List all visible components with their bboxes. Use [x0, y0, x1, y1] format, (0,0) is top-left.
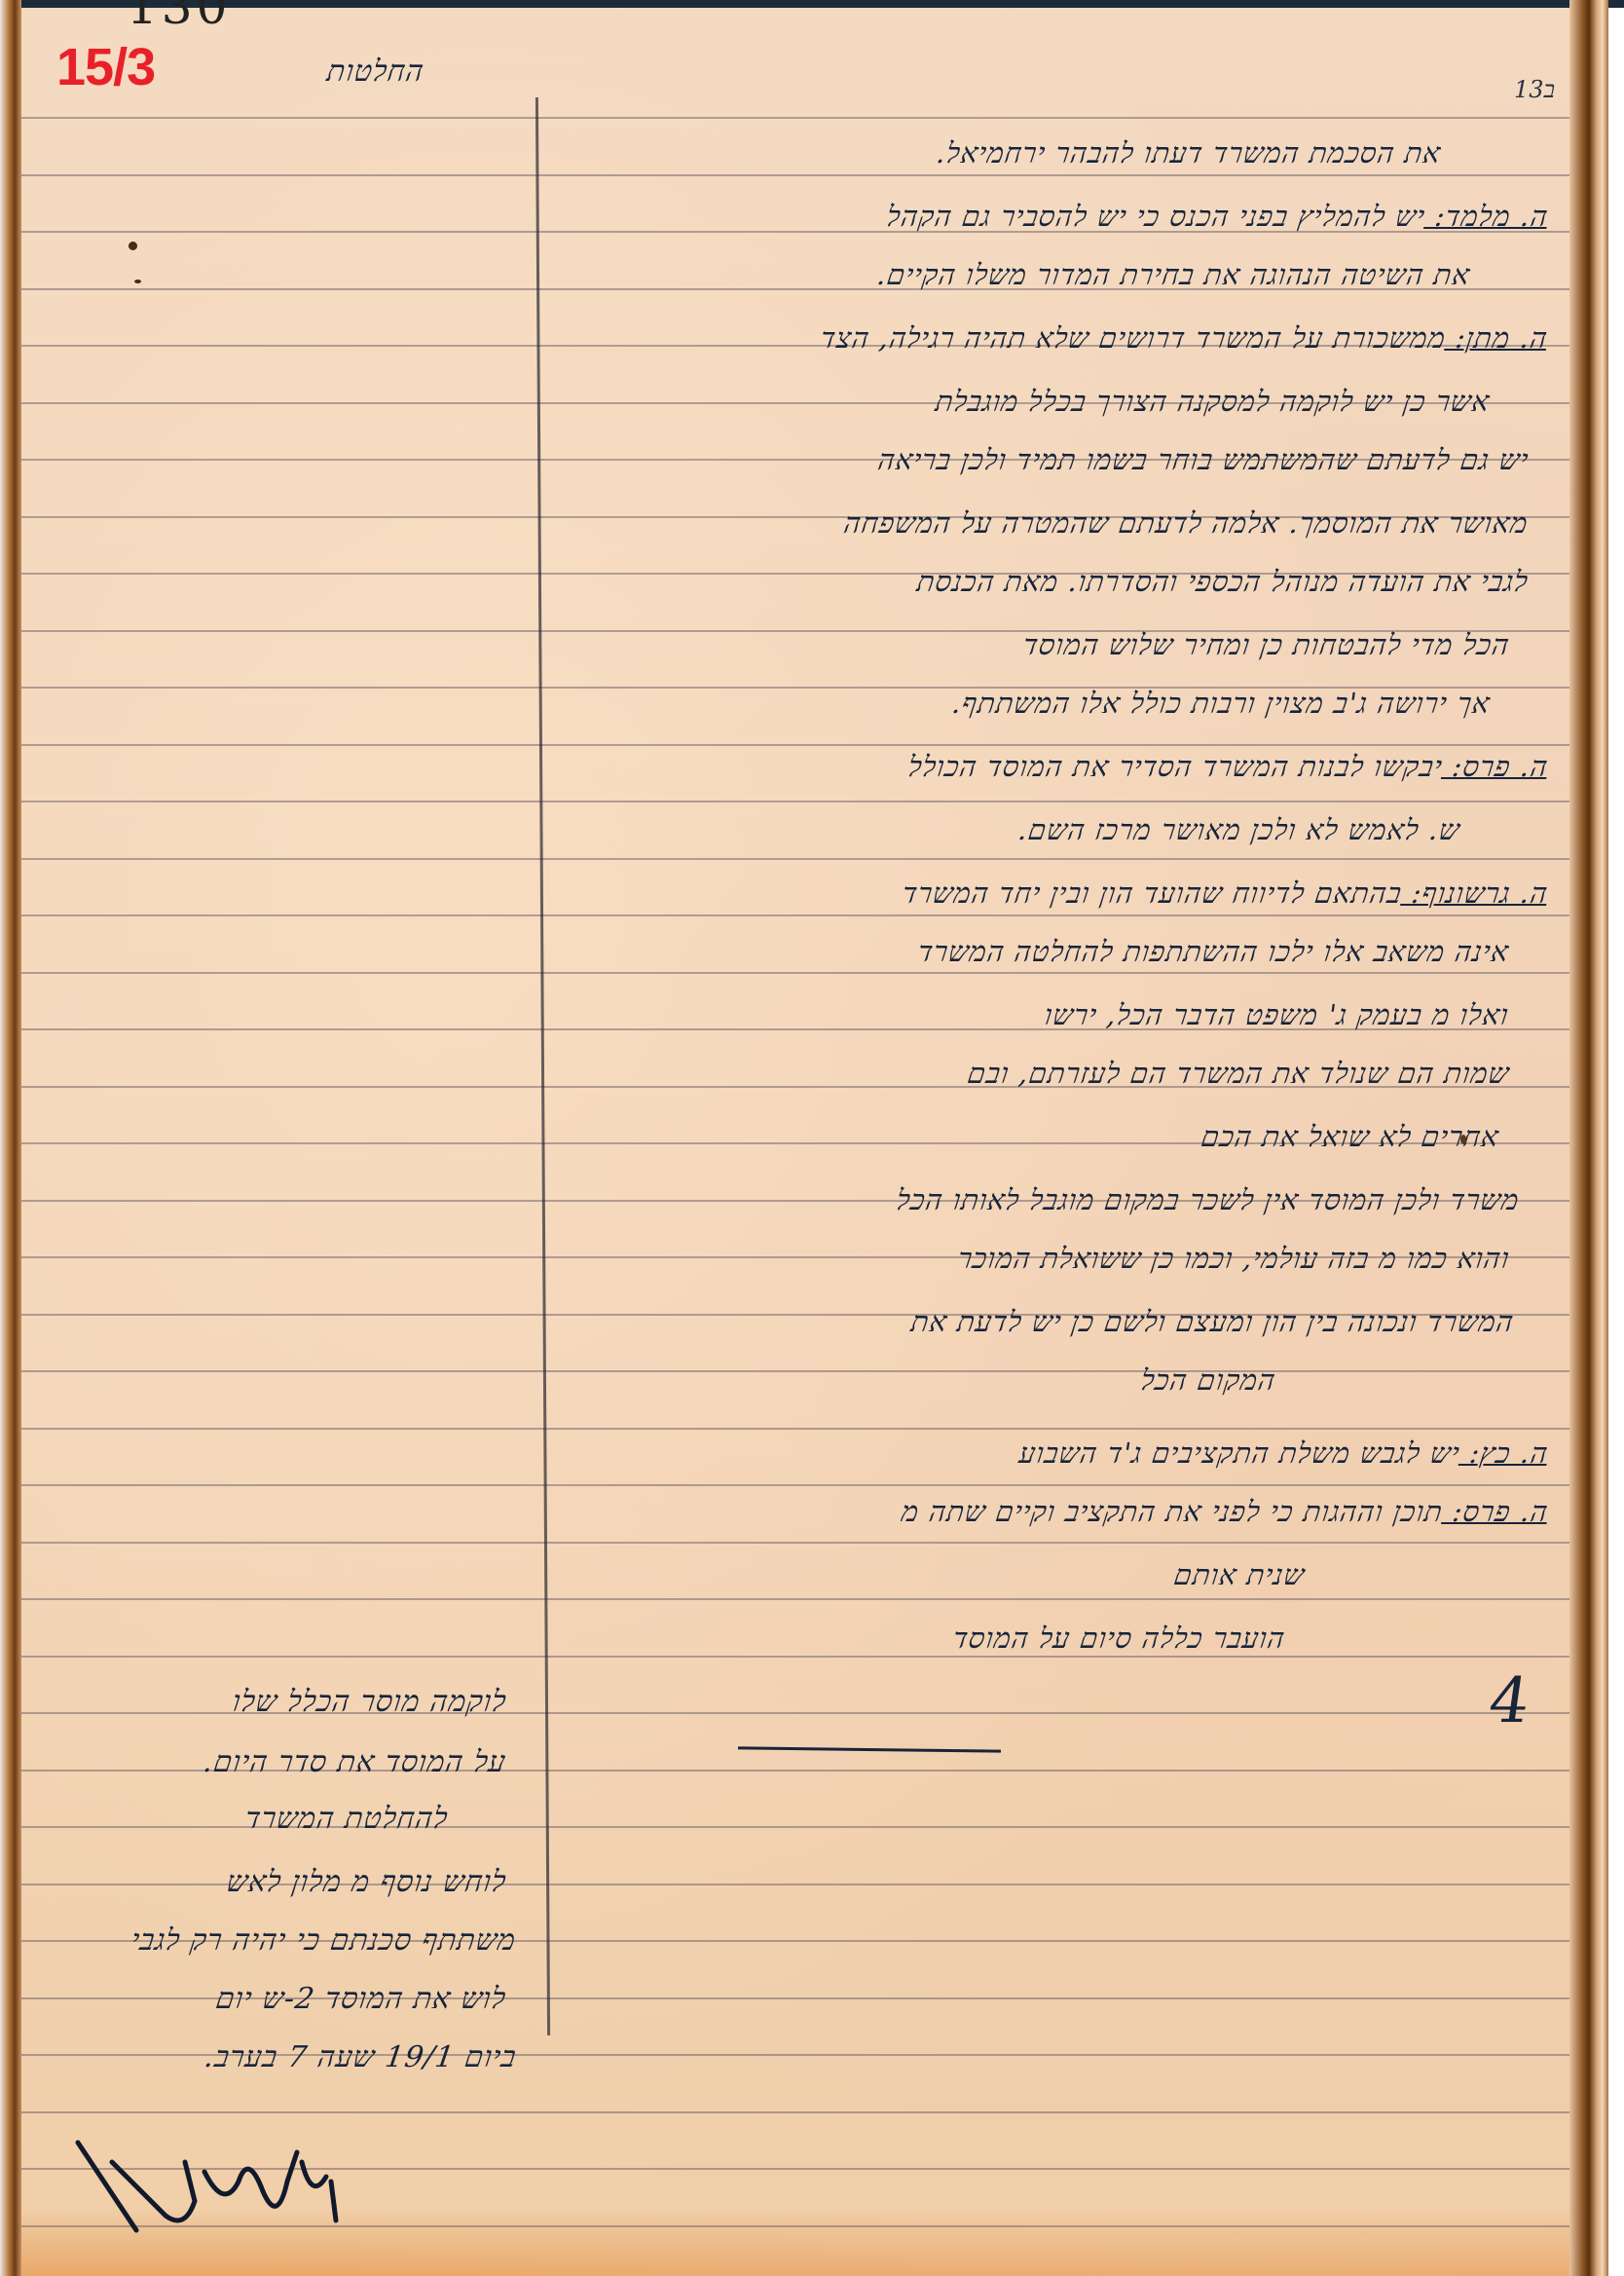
handwritten-line: מאושר את המוסמך. אלמה לדעתם שהמטרה על המ… — [842, 506, 1531, 541]
margin-note-line: ביום 19/1 שעה 7 בערב. — [202, 2040, 518, 2074]
line-text: אחרים לא שואל את הכם — [1200, 1120, 1501, 1153]
right-binding-edge — [1569, 0, 1608, 2276]
handwritten-line: יש גם לדעתם שהמשתמש בוחר בשמו תמיד ולכן … — [875, 443, 1531, 477]
speaker-name: ה. פרס: — [1440, 1495, 1550, 1528]
ruled-line — [21, 1542, 1569, 1544]
line-text: יש גם לדעתם שהמשתמש בוחר בשמו תמיד ולכן … — [876, 443, 1532, 476]
ruled-line — [21, 1484, 1569, 1486]
line-text: יש להמליץ בפני הכנס כי יש להסביר גם הקהל — [885, 200, 1428, 233]
line-text: את הסכמת המשרד דעתו להבהר ירחמיאל. — [935, 136, 1444, 169]
line-text: הכל מדי להבטחות כן ומחיר שלוש המוסד — [1020, 628, 1511, 661]
notebook-page: 130 15/3 החלטות ב13 את הסכמת המשרד דעתו … — [0, 0, 1606, 2276]
handwritten-page-number: ב13 — [1514, 76, 1555, 104]
line-text: אשר כן יש לוקמה למסקנה הצורך בכלל מוגבלת — [934, 385, 1493, 418]
line-text: אך ירושה ג'ב מצוין ורבות כולל אלו המשתתף… — [949, 687, 1492, 720]
ruled-line — [21, 972, 1569, 974]
handwritten-line: שמות הם שנולד את המשרד הם לעזרתם, ובם — [965, 1057, 1511, 1091]
handwritten-line: ה. מלמד: יש להמליץ בפני הכנס כי יש להסבי… — [884, 200, 1550, 234]
handwritten-line: ש. לאמש לא ולכן מאושר מרכז השם. — [1016, 813, 1463, 847]
margin-note-line: לוקמה מוסר הכלל שלו — [230, 1685, 508, 1719]
line-text: שנית אותם — [1172, 1558, 1308, 1591]
handwritten-line: ה. גרשונוף: בהתאם לדיווח שהועד הון ובין … — [901, 877, 1551, 911]
handwritten-line: המשרד ונכונה בין הון ומעצם ולשם כן יש לד… — [909, 1305, 1517, 1339]
ruled-line — [21, 1370, 1569, 1372]
handwritten-line: ה. פרס: יבקשו לבנות המשרד הסדיר את המוסד… — [906, 750, 1551, 784]
speaker-name: ה. מתן: — [1444, 321, 1550, 354]
ink-spot — [134, 280, 141, 283]
line-text: יבקשו לבנות המשרד הסדיר את המוסד הכולל — [906, 750, 1445, 783]
speaker-name: ה. כץ: — [1458, 1436, 1550, 1470]
handwritten-line: ה. כץ: יש לגבש משלת התקציבים ג'ד השבוע — [1016, 1436, 1550, 1471]
line-text: את השיטה הנהוגה את בחירת המדור משלו הקיי… — [875, 258, 1473, 291]
handwritten-line: ה. פרס: תוכן וההגות כי לפני את התקציב וק… — [899, 1495, 1550, 1529]
speaker-name: ה. מלמד: — [1422, 200, 1550, 233]
line-text: והוא כמו מ בזה עולמי, וכמו כן ששואלת המו… — [955, 1242, 1511, 1275]
handwritten-line: אשר כן יש לוקמה למסקנה הצורך בכלל מוגבלת — [933, 385, 1492, 419]
speaker-name: ה. גרשונוף: — [1400, 877, 1551, 910]
handwritten-line: לגבי את הועדה מנוהל הכספי והסדרתו. מאת ה… — [915, 565, 1532, 599]
ruled-line — [21, 174, 1569, 176]
ruled-line — [21, 117, 1569, 119]
line-text: אינה משאב אלו ילכו ההשתתפות להחלטה המשרד — [916, 935, 1512, 968]
ruled-line — [21, 1428, 1569, 1430]
line-text: משרד ולכן המוסד אין לשכר במקום מוגבל לאו… — [894, 1183, 1521, 1216]
ruled-line — [21, 801, 1569, 802]
handwritten-line: הועבר כללה סיום על המוסד — [951, 1622, 1288, 1656]
ruled-line — [21, 2111, 1569, 2113]
line-text: מאושר את המוסמך. אלמה לדעתם שהמטרה על המ… — [842, 506, 1531, 540]
side-number: 4 — [1485, 1665, 1535, 1737]
signature-scribble — [68, 2123, 360, 2240]
left-binding-edge — [0, 0, 21, 2276]
line-text: ש. לאמש לא ולכן מאושר מרכז השם. — [1016, 813, 1462, 846]
margin-note-line: לוש את המוסד 2-ש יום — [214, 1982, 509, 2016]
handwritten-line: ואלו מ בעמק ג' משפט הדבר הכל, ירשו — [1043, 998, 1511, 1032]
closing-underline — [738, 1746, 1001, 1752]
line-text: יש לגבש משלת התקציבים ג'ד השבוע — [1017, 1436, 1462, 1470]
handwritten-line: את הסכמת המשרד דעתו להבהר ירחמיאל. — [935, 136, 1444, 170]
handwritten-line: המקום הכל — [1138, 1363, 1277, 1398]
handwritten-line: את השיטה הנהוגה את בחירת המדור משלו הקיי… — [875, 258, 1473, 292]
margin-note-line: משתתף סכנתם כי יהיה רק לגבי — [129, 1923, 519, 1958]
scan-top-edge — [0, 0, 1624, 8]
handwritten-line: הכל מדי להבטחות כן ומחיר שלוש המוסד — [1020, 628, 1511, 662]
margin-note-line: להחלטת המשרד — [242, 1802, 450, 1836]
margin-heading: החלטות — [324, 55, 425, 89]
ruled-line — [21, 858, 1569, 860]
handwritten-line: והוא כמו מ בזה עולמי, וכמו כן ששואלת המו… — [955, 1242, 1511, 1276]
handwritten-line: משרד ולכן המוסד אין לשכר במקום מוגבל לאו… — [894, 1183, 1521, 1217]
handwritten-line: ה. מתן: ממשכורת על המשרד דרושים שלא תהיה… — [819, 321, 1550, 355]
ink-spot — [1460, 1135, 1466, 1144]
ruled-line — [21, 744, 1569, 746]
speaker-name: ה. פרס: — [1440, 750, 1550, 783]
date-stamp-label: 15/3 — [56, 37, 155, 97]
margin-rule — [535, 97, 550, 2035]
line-text: בהתאם לדיווח שהועד הון ובין יחד המשרד — [901, 877, 1405, 910]
ruled-line — [21, 914, 1569, 916]
line-text: ואלו מ בעמק ג' משפט הדבר הכל, ירשו — [1043, 998, 1511, 1031]
handwritten-line: אך ירושה ג'ב מצוין ורבות כולל אלו המשתתף… — [949, 687, 1492, 721]
line-text: לגבי את הועדה מנוהל הכספי והסדרתו. מאת ה… — [915, 565, 1531, 598]
line-text: הועבר כללה סיום על המוסד — [951, 1622, 1288, 1655]
ink-spot — [129, 242, 137, 250]
line-text: המקום הכל — [1139, 1363, 1278, 1397]
line-text: תוכן וההגות כי לפני את התקציב וקיים שתה … — [900, 1495, 1446, 1528]
handwritten-line: שנית אותם — [1171, 1558, 1307, 1592]
margin-note-line: על המוסד את סדר היום. — [202, 1745, 509, 1779]
line-text: המשרד ונכונה בין הון ומעצם ולשם כן יש לד… — [909, 1305, 1517, 1338]
ruled-line — [21, 1598, 1569, 1600]
ruled-line — [21, 1656, 1569, 1658]
handwritten-line: אחרים לא שואל את הכם — [1200, 1120, 1502, 1154]
handwritten-line: אינה משאב אלו ילכו ההשתתפות להחלטה המשרד — [916, 935, 1512, 969]
line-text: ממשכורת על המשרד דרושים שלא תהיה רגילה, … — [819, 321, 1449, 354]
printed-page-number: 130 — [127, 0, 231, 35]
margin-note-line: לוחש נוסף מ מלון לאש — [224, 1865, 508, 1899]
line-text: שמות הם שנולד את המשרד הם לעזרתם, ובם — [965, 1057, 1511, 1090]
